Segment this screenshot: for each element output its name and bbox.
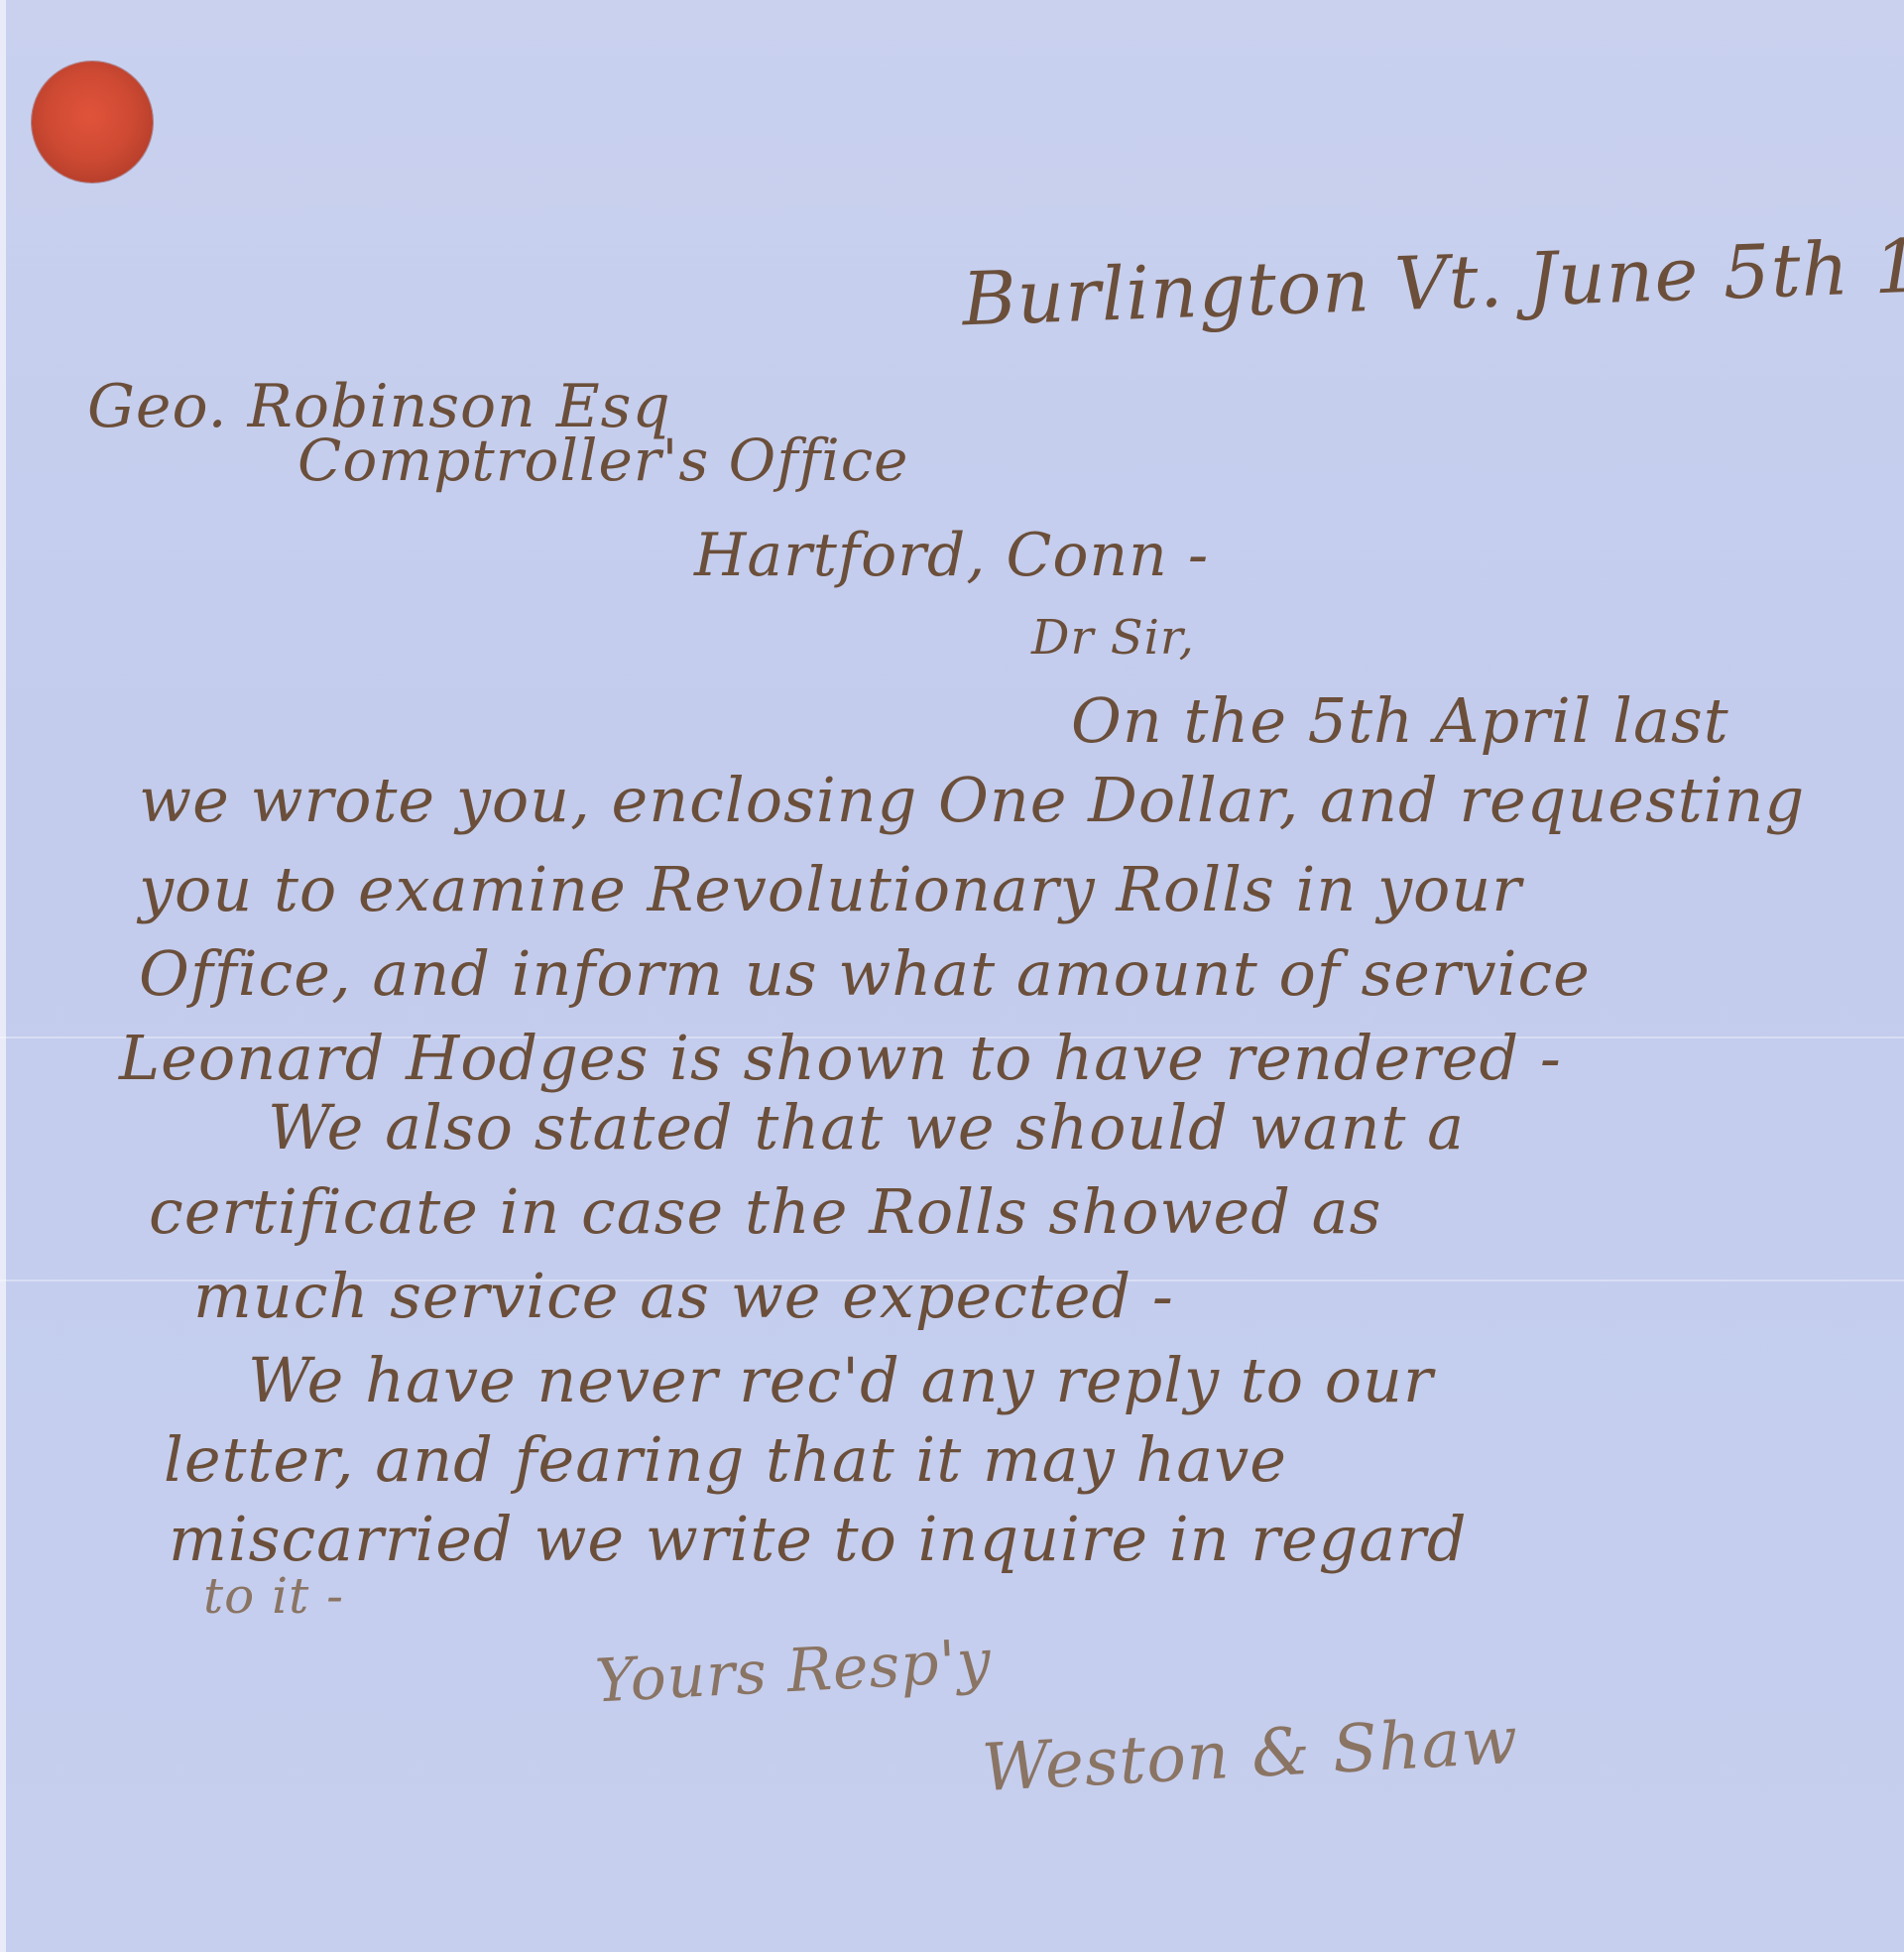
body-line: Leonard Hodges is shown to have rendered…	[119, 1022, 1562, 1094]
body-line: letter, and fearing that it may have	[164, 1423, 1287, 1496]
body-line: miscarried we write to inquire in regard	[169, 1503, 1468, 1575]
body-line: much service as we expected -	[193, 1260, 1174, 1332]
body-line: we wrote you, enclosing One Dollar, and …	[139, 764, 1805, 836]
body-line: We have never rec'd any reply to our	[248, 1344, 1434, 1416]
recipient-office: Comptroller's Office	[297, 427, 909, 494]
recipient-location: Hartford, Conn -	[694, 521, 1209, 590]
body-line: Office, and inform us what amount of ser…	[139, 937, 1591, 1010]
body-line: We also stated that we should want a	[268, 1091, 1465, 1163]
body-line: On the 5th April last	[1071, 684, 1729, 757]
body-line: to it -	[203, 1567, 344, 1625]
wax-seal-icon	[32, 61, 153, 183]
salutation: Dr Sir,	[1031, 610, 1195, 666]
paper-edge	[0, 0, 6, 1952]
body-line: you to examine Revolutionary Rolls in yo…	[139, 853, 1522, 925]
body-line: certificate in case the Rolls showed as	[149, 1175, 1381, 1248]
